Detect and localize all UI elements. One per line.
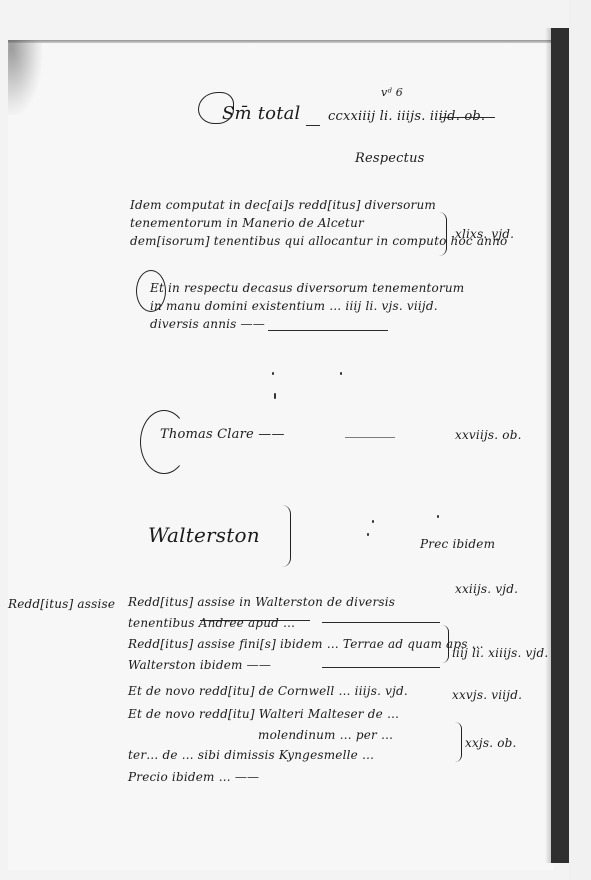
- entry-3-amount: xxviijs. ob.: [455, 428, 522, 442]
- walterston-brace-2: [455, 722, 462, 762]
- walterston-line-7: molendinum … per …: [128, 726, 484, 744]
- subheading: Respectus: [355, 151, 425, 166]
- ink-speck: [340, 372, 342, 375]
- walterston-boxed-note: [322, 622, 440, 668]
- heading-dash: [306, 125, 320, 126]
- entry-2-line-1: Et in respectu decasus diversorum teneme…: [150, 279, 464, 297]
- ink-speck: [367, 533, 369, 536]
- margin-note: Redd[itus] assise: [8, 597, 115, 611]
- ink-speck: [274, 393, 276, 399]
- entry-2-dash: [268, 330, 388, 331]
- walterston-amount-2: iiij li. xiiijs. vjd.: [452, 646, 548, 660]
- entry-1-line-3: dem[isorum] tenentibus qui allocantur in…: [130, 232, 507, 250]
- walterston-amount-1: xxiijs. vjd.: [455, 582, 518, 596]
- entry-1-line-2: tenementorum in Manerio de Alcetur: [130, 214, 507, 232]
- ink-speck: [372, 520, 374, 523]
- section-brace: [282, 505, 291, 567]
- walterston-line-5: Et de novo redd[itu] de Cornwell … iiijs…: [128, 680, 484, 703]
- section-note: Prec ibidem: [420, 537, 495, 551]
- scan-margin: [569, 0, 591, 880]
- walterston-line-6: Et de novo redd[itu] Walteri Malteser de…: [128, 703, 484, 726]
- entry-2: Et in respectu decasus diversorum teneme…: [150, 279, 464, 333]
- walterston-amount-3: xxvjs. viijd.: [452, 688, 522, 702]
- walterston-amount-4: xxjs. ob.: [465, 736, 517, 750]
- walterston-line-1: Redd[itus] assise in Walterston de diver…: [128, 592, 484, 613]
- ink-speck: [272, 372, 274, 375]
- ink-speck: [437, 515, 439, 518]
- heading-title: Sm̄ total: [222, 103, 301, 124]
- entry-3-name: Thomas Clare ——: [160, 427, 285, 442]
- walterston-line-8: ter… de … sibi dimissis Kyngesmelle …: [128, 744, 484, 766]
- entry-1: Idem computat in dec[ai]s redd[itus] div…: [130, 196, 507, 250]
- entry-2-line-2: in manu domini existentium … iiij li. vj…: [150, 297, 464, 315]
- page-top-edge: [8, 40, 554, 43]
- walterston-underline: [200, 620, 310, 621]
- walterston-brace-1: [442, 625, 449, 663]
- heading-superscript: vᵈ 6: [381, 86, 403, 99]
- heading-overline: [440, 117, 495, 118]
- binding-gutter: [551, 28, 569, 863]
- entry-1-line-1: Idem computat in dec[ai]s redd[itus] div…: [130, 196, 507, 214]
- entry-3-dash: [345, 437, 395, 438]
- walterston-line-9: Precio ibidem … ——: [128, 766, 484, 788]
- entry-1-brace: [438, 212, 447, 256]
- page-corner-stain: [8, 40, 42, 115]
- entry-3-initial-circle: [140, 410, 188, 474]
- section-title: Walterston: [148, 523, 260, 547]
- entry-1-amount: xlixs. vjd.: [455, 227, 514, 241]
